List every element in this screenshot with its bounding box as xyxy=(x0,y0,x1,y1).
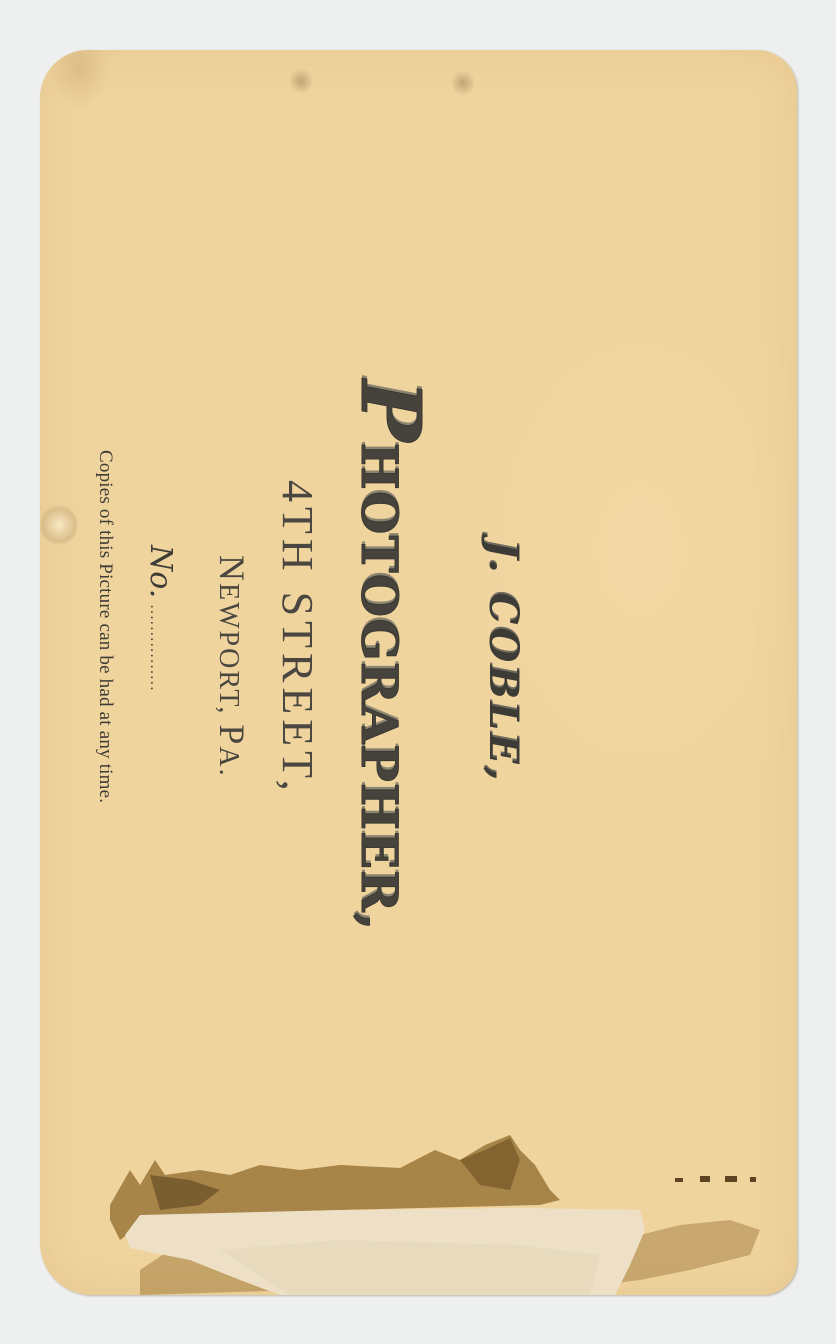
city-rest: EWPORT, xyxy=(213,583,244,724)
city-state: NEWPORT, PA. xyxy=(211,555,253,778)
title-initial: P xyxy=(342,380,438,443)
edge-damage xyxy=(40,505,78,545)
photograph-card-back: J. COBLE, PHOTOGRAPHER, 4TH STREET, NEWP… xyxy=(40,50,797,1295)
photographer-name: J. COBLE, xyxy=(480,540,527,784)
state-initial: P xyxy=(212,724,252,746)
copies-note: Copies of this Picture can be had at any… xyxy=(94,450,116,803)
photographer-title: PHOTOGRAPHER, xyxy=(342,380,438,931)
negative-number: No................. xyxy=(143,545,178,692)
number-blank: ................ xyxy=(147,604,163,691)
title-rest: HOTOGRAPHER, xyxy=(350,443,409,932)
street-address: 4TH STREET, xyxy=(272,480,323,796)
pin-dent xyxy=(452,68,474,98)
number-label: No. xyxy=(143,545,178,598)
water-stain xyxy=(40,1130,797,1295)
city-initial: N xyxy=(212,555,252,583)
state-rest: A. xyxy=(213,746,244,777)
pin-dent xyxy=(290,66,312,96)
